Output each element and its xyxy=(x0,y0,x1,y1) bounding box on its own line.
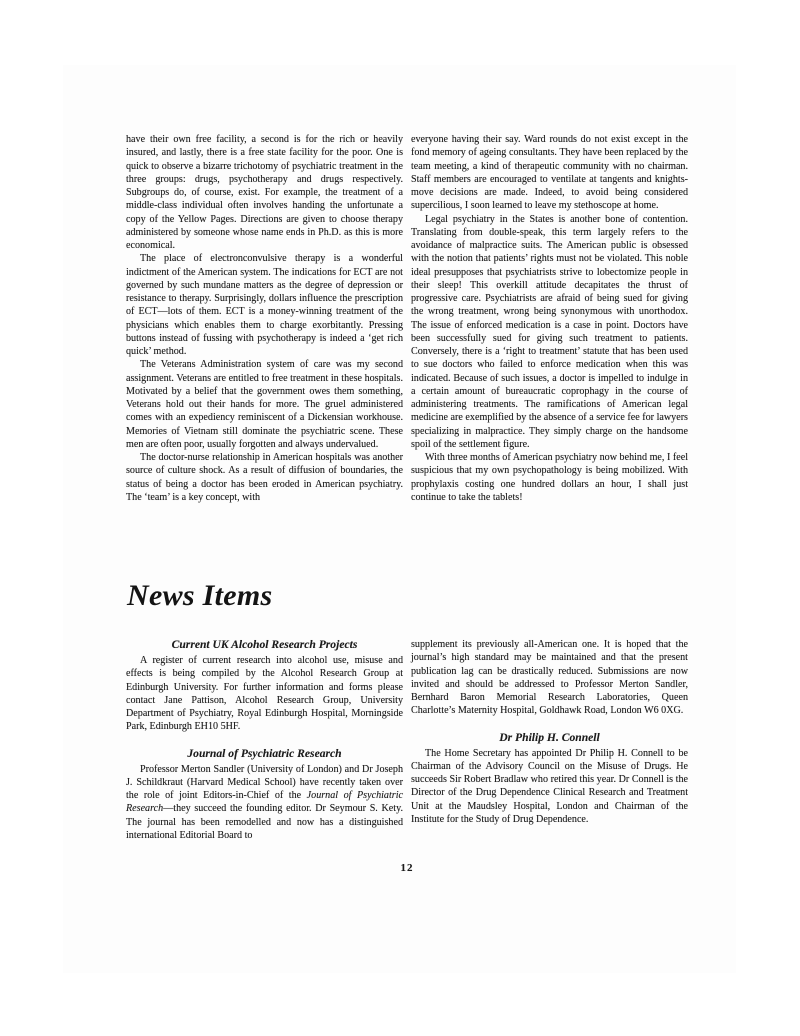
essay-paragraph: everyone having their say. Ward rounds d… xyxy=(411,133,688,213)
news-items-heading: News Items xyxy=(127,579,273,613)
essay-paragraph: The place of electronconvulsive therapy … xyxy=(126,252,403,358)
essay-right-column: everyone having their say. Ward rounds d… xyxy=(411,133,688,504)
section-title-dr-philip-connell: Dr Philip H. Connell xyxy=(411,731,688,745)
section-body: The Home Secretary has appointed Dr Phil… xyxy=(411,747,688,827)
page-number: 12 xyxy=(126,862,688,874)
section-title-alcohol-research: Current UK Alcohol Research Projects xyxy=(126,638,403,652)
essay-paragraph: With three months of American psychiatry… xyxy=(411,451,688,504)
section-title-journal-psychiatric-research: Journal of Psychiatric Research xyxy=(126,747,403,761)
essay-left-column: have their own free facility, a second i… xyxy=(126,133,403,504)
section-body: Professor Merton Sandler (University of … xyxy=(126,763,403,843)
essay-paragraph: have their own free facility, a second i… xyxy=(126,133,403,252)
essay-paragraph: Legal psychiatry in the States is anothe… xyxy=(411,213,688,452)
essay-paragraph: The Veterans Administration system of ca… xyxy=(126,358,403,451)
section-body: supplement its previously all-American o… xyxy=(411,638,688,718)
news-left-column: Current UK Alcohol Research Projects A r… xyxy=(126,638,403,842)
section-body: A register of current research into alco… xyxy=(126,654,403,734)
section-body-text: —they succeed the founding editor. Dr Se… xyxy=(126,803,403,841)
news-right-column: supplement its previously all-American o… xyxy=(411,638,688,826)
essay-paragraph: The doctor-nurse relationship in America… xyxy=(126,451,403,504)
